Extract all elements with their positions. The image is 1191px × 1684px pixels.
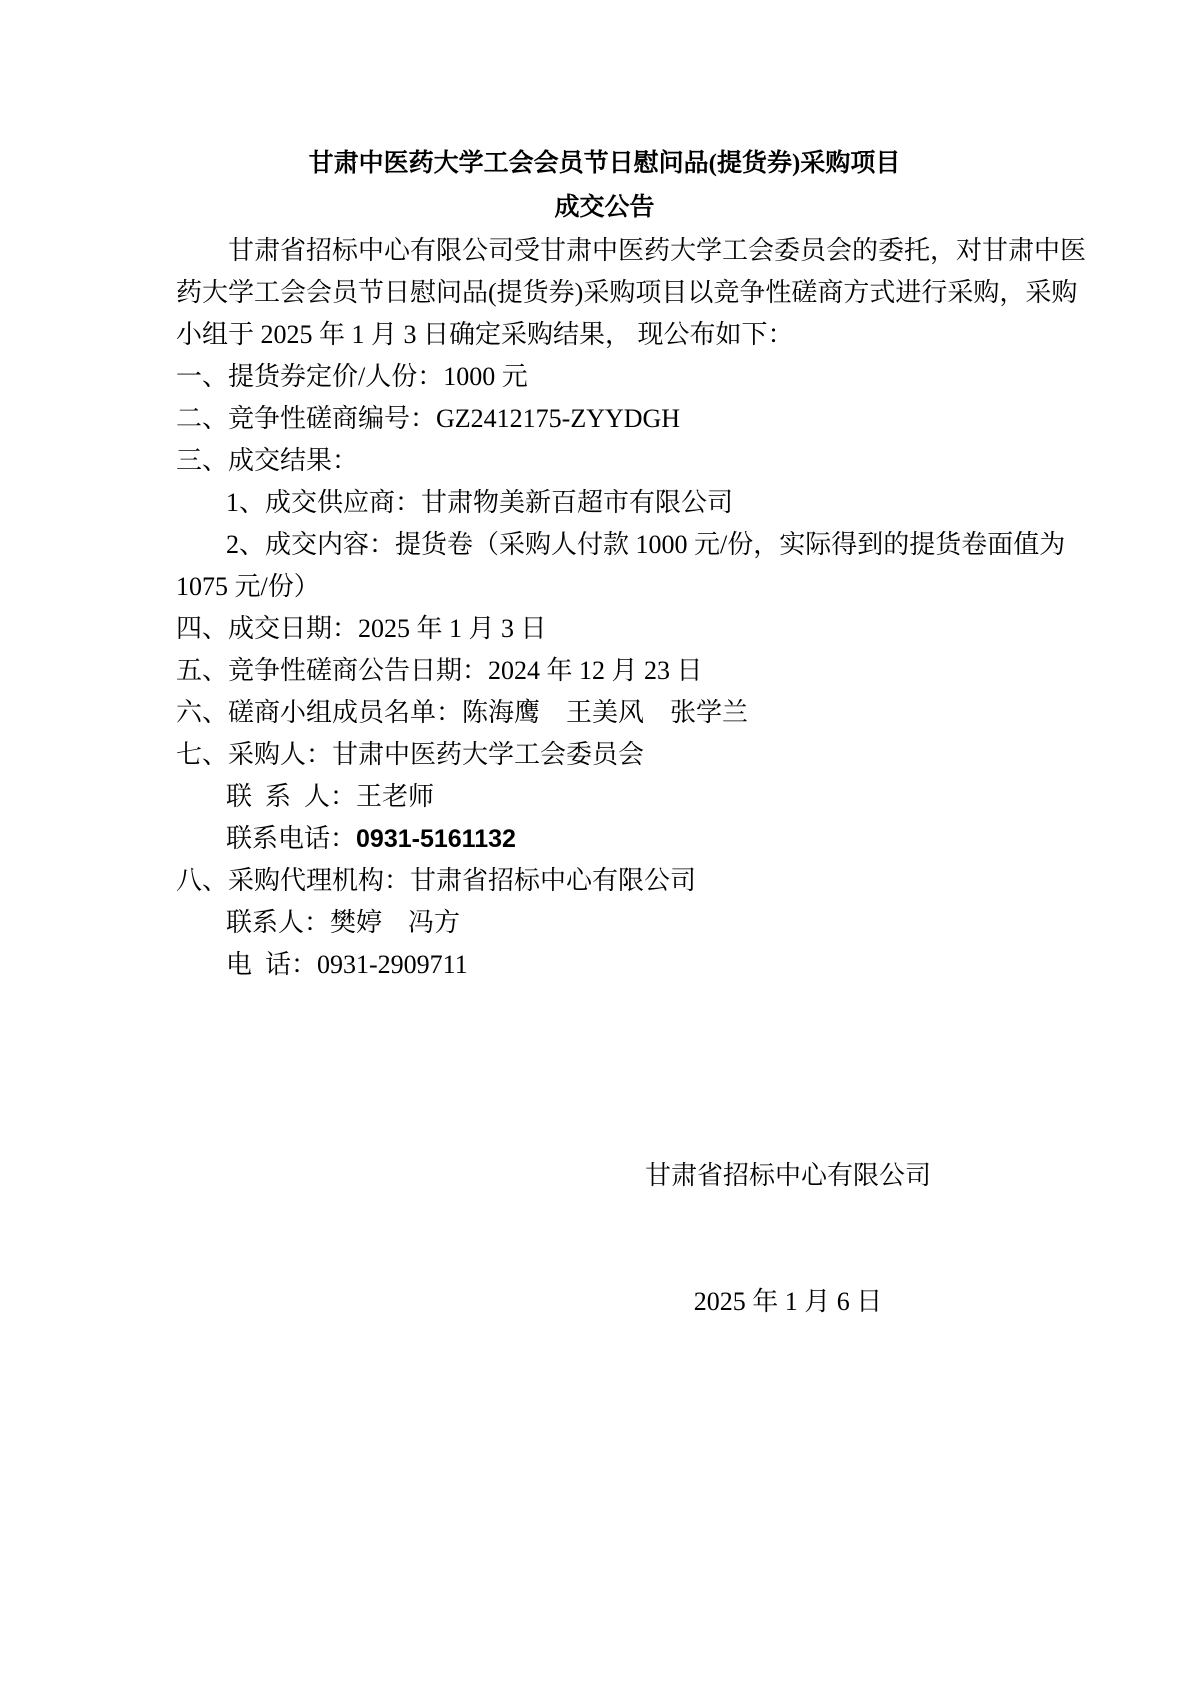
body-line: 四、成交日期：2025 年 1 月 3 日 [176,608,1033,650]
body-line: 联 系 人：王老师 [176,776,1033,818]
text-segment: 小组于 2025 年 1 月 3 日确定采购结果， 现公布如下： [176,320,794,349]
signature-block: 甘肃省招标中心有限公司 2025 年 1 月 6 日 [645,1071,931,1407]
signature-company: 甘肃省招标中心有限公司 [645,1155,931,1197]
text-segment: 电 话：0931-2909711 [226,950,468,979]
text-segment: 联系人：樊婷 冯方 [226,908,460,937]
body-line: 八、采购代理机构：甘肃省招标中心有限公司 [176,860,1033,902]
text-segment: 七、采购人：甘肃中医药大学工会委员会 [176,740,644,769]
signature-spacer [176,986,1033,1071]
body-line: 1075 元/份） [176,566,1033,608]
text-segment: 联系电话： [226,824,356,853]
body-line: 电 话：0931-2909711 [176,944,1033,986]
text-segment: 六、磋商小组成员名单：陈海鹰 王美风 张学兰 [176,698,748,727]
body-line: 联系人：樊婷 冯方 [176,902,1033,944]
body-line: 药大学工会会员节日慰问品(提货券)采购项目以竞争性磋商方式进行采购，采购 [176,272,1033,314]
body-line: 甘肃省招标中心有限公司受甘肃中医药大学工会委员会的委托，对甘肃中医 [176,230,1033,272]
text-segment: 八、采购代理机构：甘肃省招标中心有限公司 [176,866,696,895]
phone-number: 0931-5161132 [356,825,516,853]
text-segment: 1、成交供应商：甘肃物美新百超市有限公司 [226,488,733,517]
body-line: 2、成交内容：提货卷（采购人付款 1000 元/份，实际得到的提货卷面值为 [176,524,1033,566]
text-segment: 联 系 人：王老师 [226,782,434,811]
body-line: 1、成交供应商：甘肃物美新百超市有限公司 [176,482,1033,524]
text-segment: 一、提货券定价/人份：1000 元 [176,362,528,391]
text-segment: 五、竞争性磋商公告日期：2024 年 12 月 23 日 [176,656,703,685]
text-segment: 四、成交日期：2025 年 1 月 3 日 [176,614,547,643]
text-segment: 二、竞争性磋商编号：GZ2412175-ZYYDGH [176,404,680,433]
text-segment: 甘肃省招标中心有限公司受甘肃中医药大学工会委员会的委托，对甘肃中医 [228,236,1086,265]
body-line: 三、成交结果： [176,440,1033,482]
body-line: 联系电话：0931-5161132 [176,818,1033,860]
body-line: 小组于 2025 年 1 月 3 日确定采购结果， 现公布如下： [176,314,1033,356]
signature-date: 2025 年 1 月 6 日 [645,1281,931,1323]
body-line: 二、竞争性磋商编号：GZ2412175-ZYYDGH [176,398,1033,440]
body-line: 一、提货券定价/人份：1000 元 [176,356,1033,398]
text-segment: 三、成交结果： [176,446,358,475]
text-segment: 2、成交内容：提货卷（采购人付款 1000 元/份，实际得到的提货卷面值为 [226,530,1065,559]
document-subtitle: 成交公告 [176,186,1033,230]
document-title: 甘肃中医药大学工会会员节日慰问品(提货券)采购项目 [176,142,1033,186]
body-line: 六、磋商小组成员名单：陈海鹰 王美风 张学兰 [176,692,1033,734]
body-line: 五、竞争性磋商公告日期：2024 年 12 月 23 日 [176,650,1033,692]
document-page: 甘肃中医药大学工会会员节日慰问品(提货券)采购项目 成交公告 甘肃省招标中心有限… [0,0,1191,1684]
document-body: 甘肃省招标中心有限公司受甘肃中医药大学工会委员会的委托，对甘肃中医药大学工会会员… [176,230,1033,986]
body-line: 七、采购人：甘肃中医药大学工会委员会 [176,734,1033,776]
text-segment: 1075 元/份） [176,572,320,601]
text-segment: 药大学工会会员节日慰问品(提货券)采购项目以竞争性磋商方式进行采购，采购 [176,278,1077,307]
